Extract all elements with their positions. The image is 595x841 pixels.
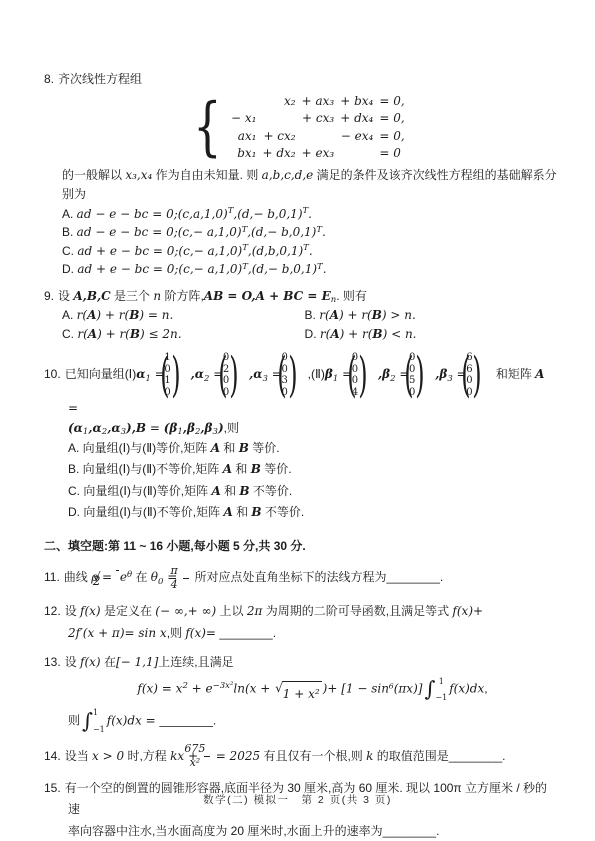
q9-option-b: B. r(A) + r(B) > n.	[305, 306, 548, 325]
exam-page: 8.齐次线性方程组 { x₂+ ax₃+ bx₄= 0,− x₁+ cx₃+ d…	[0, 0, 595, 841]
q8-system-table: x₂+ ax₃+ bx₄= 0,− x₁+ cx₃+ dx₄= 0,ax₁+ c…	[228, 92, 408, 162]
q12-number: 12.	[44, 604, 65, 618]
q9-stem-text: 设 A,B,C 是三个 n 阶方阵,AB = O,A + BC = En. 则有	[58, 289, 367, 303]
left-brace: {	[193, 95, 222, 159]
question-11: 11.曲线 ρ = √2eθ 在 θ0 = π4 所对应点处直角坐标下的法线方程…	[44, 565, 557, 593]
q12-stem-text-1: 设 f(x) 是定义在 (− ∞,+ ∞) 上以 2π 为周期的二阶可导函数,且…	[65, 604, 483, 618]
q15-stem-line-2: 率向容器中注水,当水面高度为 20 厘米时,水面上升的速率为________.	[68, 821, 557, 841]
q9-option-a: A. r(A) + r(B) = n.	[62, 306, 305, 325]
q10-stem-text-1: 已知向量组(Ⅰ)α1 = (1010),α2 = (0200),α3 = (00…	[65, 367, 545, 415]
q10-option-a: A. 向量组(Ⅰ)与(Ⅱ)等价,矩阵 A 和 B 等价.	[68, 438, 557, 460]
q14-stem: 14.设当 x > 0 时,方程 kx + 675x² = 2025 有且仅有一…	[68, 743, 557, 769]
question-15: 15.有一个空的倒置的圆锥形容器,底面半径为 30 厘米,高为 60 厘米. 现…	[44, 778, 557, 841]
q8-title-line: 8.齐次线性方程组	[62, 70, 557, 89]
q9-option-row-2: C. r(A) + r(B) ≤ 2n. D. r(A) + r(B) < n.	[62, 325, 557, 344]
q8-option-b: B. ad − e − bc = 0;(c,− a,1,0)T,(d,− b,0…	[62, 223, 557, 242]
q8-number: 8.	[44, 72, 58, 86]
question-12: 12.设 f(x) 是定义在 (− ∞,+ ∞) 上以 2π 为周期的二阶可导函…	[44, 601, 557, 644]
page-footer: 数学(二) 模拟一 第 2 页(共 3 页)	[0, 792, 595, 807]
question-9: 9.设 A,B,C 是三个 n 阶方阵,AB = O,A + BC = En. …	[44, 287, 557, 343]
q11-stem-text: 曲线 ρ = √2eθ 在 θ0 = π4 所对应点处直角坐标下的法线方程为__…	[64, 570, 443, 584]
q10-option-d: D. 向量组(Ⅰ)与(Ⅱ)不等价,矩阵 A 和 B 不等价.	[68, 502, 557, 524]
q9-option-row-1: A. r(A) + r(B) = n. B. r(A) + r(B) > n.	[62, 306, 557, 325]
q13-number: 13.	[44, 655, 65, 669]
q11-number: 11.	[44, 570, 64, 584]
question-13: 13.设 f(x) 在[− 1,1]上连续,且满足 f(x) = x2 + e−…	[44, 652, 557, 735]
q8-equation-system: { x₂+ ax₃+ bx₄= 0,− x₁+ cx₃+ dx₄= 0,ax₁+…	[62, 92, 533, 162]
q12-stem-line-2: 2f′(x + π)= sin x,则 f(x)= ________.	[68, 623, 557, 645]
question-14: 14.设当 x > 0 时,方程 kx + 675x² = 2025 有且仅有一…	[44, 743, 557, 769]
q10-option-c: C. 向量组(Ⅰ)与(Ⅱ)等价,矩阵 A 和 B 不等价.	[68, 481, 557, 503]
question-8: 8.齐次线性方程组 { x₂+ ax₃+ bx₄= 0,− x₁+ cx₃+ d…	[44, 70, 557, 279]
q8-tail-line-1: 的一般解以 x₃,x₄ 作为自由未知量. 则 a,b,c,d,e 满足的条件及该…	[62, 166, 557, 185]
section-2-header: 二、填空题:第 11 ~ 16 小题,每小题 5 分,共 30 分.	[44, 537, 557, 555]
q11-stem: 11.曲线 ρ = √2eθ 在 θ0 = π4 所对应点处直角坐标下的法线方程…	[68, 565, 557, 593]
q8-title: 齐次线性方程组	[58, 72, 142, 86]
q10-stem-line-2: (α1,α2,α3),B = (β1,β2,β3),则	[68, 419, 557, 438]
q8-option-a: A. ad − e − bc = 0;(c,a,1,0)T,(d,− b,0,1…	[62, 205, 557, 224]
q8-option-c: C. ad + e − bc = 0;(c,− a,1,0)T,(d,b,0,1…	[62, 242, 557, 261]
question-10: 10.已知向量组(Ⅰ)α1 = (1010),α2 = (0200),α3 = …	[44, 351, 557, 524]
q10-stem-line-1: 10.已知向量组(Ⅰ)α1 = (1010),α2 = (0200),α3 = …	[68, 351, 557, 418]
q14-number: 14.	[44, 749, 65, 763]
q13-stem-line-1: 13.设 f(x) 在[− 1,1]上连续,且满足	[68, 652, 557, 674]
q9-option-c: C. r(A) + r(B) ≤ 2n.	[62, 325, 305, 344]
q13-equation: f(x) = x2 + e−3x²ln(x + √1 + x²)+ [1 − s…	[68, 676, 557, 707]
q12-stem-line-1: 12.设 f(x) 是定义在 (− ∞,+ ∞) 上以 2π 为周期的二阶可导函…	[68, 601, 557, 623]
q8-tail-line-2: 别为	[62, 185, 557, 204]
q9-stem: 9.设 A,B,C 是三个 n 阶方阵,AB = O,A + BC = En. …	[62, 287, 557, 306]
q9-number: 9.	[44, 289, 58, 303]
q14-stem-text: 设当 x > 0 时,方程 kx + 675x² = 2025 有且仅有一个根,…	[65, 749, 506, 763]
q10-option-b: B. 向量组(Ⅰ)与(Ⅱ)不等价,矩阵 A 和 B 等价.	[68, 459, 557, 481]
q10-number: 10.	[44, 367, 65, 381]
q9-option-d: D. r(A) + r(B) < n.	[305, 325, 548, 344]
q8-option-d: D. ad + e − bc = 0;(c,− a,1,0)T,(d,− b,0…	[62, 260, 557, 279]
q13-stem-text-1: 设 f(x) 在[− 1,1]上连续,且满足	[65, 655, 234, 669]
q13-stem-line-2: 则∫1−1f(x)dx = ________.	[68, 708, 557, 735]
